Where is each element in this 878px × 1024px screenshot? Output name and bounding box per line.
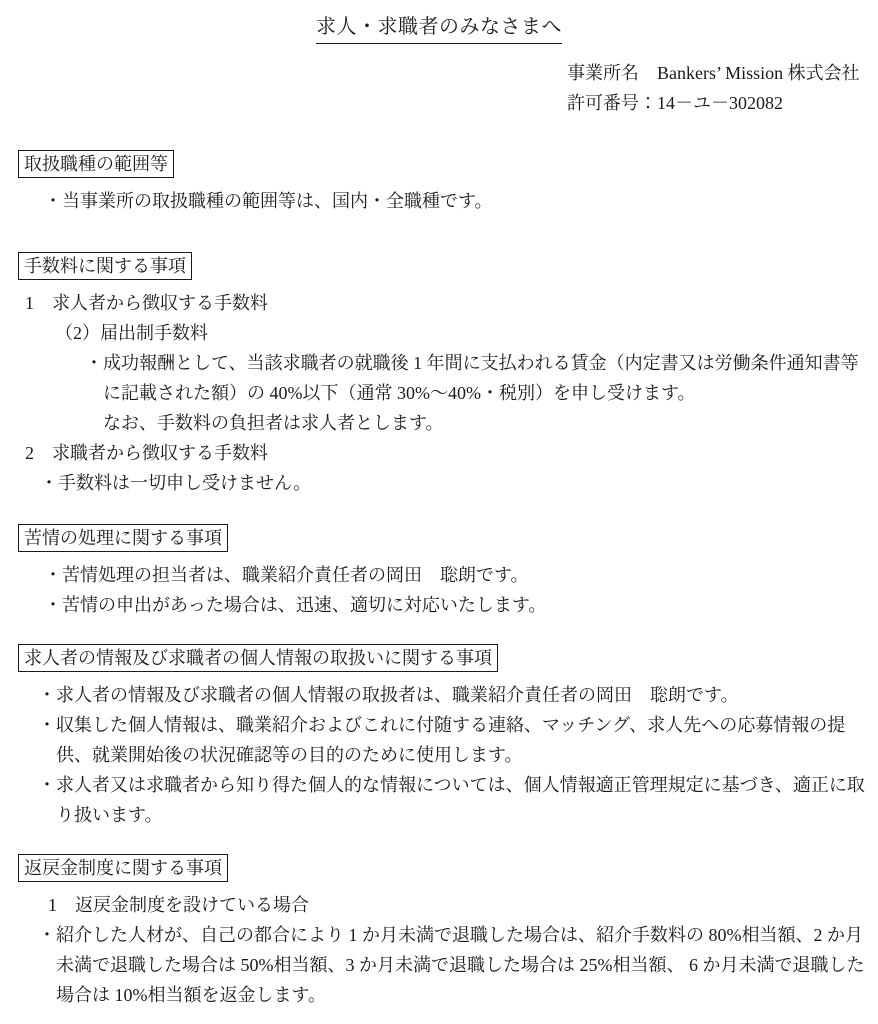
document-line: ・収集した個人情報は、職業紹介およびこれに付随する連絡、マッチング、求人先への応… [18, 710, 866, 770]
document-line: 1 求人者から徴収する手数料 [18, 288, 866, 318]
document-page: 求人・求職者のみなさまへ 事業所名 Bankers’ Mission 株式会社 … [0, 0, 878, 1024]
office-name: 事業所名 Bankers’ Mission 株式会社 [567, 58, 866, 88]
document-line: 1 返戻金制度を設けている場合 [18, 890, 866, 920]
document-line: ・求人者又は求職者から知り得た個人的な情報については、個人情報適正管理規定に基づ… [18, 770, 866, 830]
page-title: 求人・求職者のみなさまへ [316, 12, 562, 44]
section-heading-complaints: 苦情の処理に関する事項 [18, 524, 228, 552]
document-line: ・苦情処理の担当者は、職業紹介責任者の岡田 聡朗です。 [18, 560, 866, 590]
document-line: ・当事業所の取扱職種の範囲等は、国内・全職種です。 [18, 186, 866, 216]
section-heading-refund-policy: 返戻金制度に関する事項 [18, 854, 228, 882]
document-line: ・紹介した人材が、自己の都合により 1 か月未満で退職した場合は、紹介手数料の … [18, 920, 866, 1010]
license-number: 許可番号：14－ユ－302082 [567, 88, 866, 118]
office-info-block: 事業所名 Bankers’ Mission 株式会社 許可番号：14－ユ－302… [567, 58, 866, 118]
section-refund-policy: 返戻金制度に関する事項 1 返戻金制度を設けている場合 ・紹介した人材が、自己の… [18, 854, 866, 1010]
section-personal-info: 求人者の情報及び求職者の個人情報の取扱いに関する事項 ・求人者の情報及び求職者の… [18, 644, 866, 830]
title-row: 求人・求職者のみなさまへ [18, 12, 860, 44]
section-heading-personal-info: 求人者の情報及び求職者の個人情報の取扱いに関する事項 [18, 644, 498, 672]
section-heading-fees: 手数料に関する事項 [18, 252, 192, 280]
section-handling-scope: 取扱職種の範囲等 ・当事業所の取扱職種の範囲等は、国内・全職種です。 [18, 150, 866, 216]
section-complaints: 苦情の処理に関する事項 ・苦情処理の担当者は、職業紹介責任者の岡田 聡朗です。 … [18, 524, 866, 620]
document-line: ・手数料は一切申し受けません。 [18, 468, 866, 498]
document-line: ・成功報酬として、当該求職者の就職後 1 年間に支払われる賃金（内定書又は労働条… [18, 348, 866, 408]
section-heading-handling-scope: 取扱職種の範囲等 [18, 150, 174, 178]
document-line: （2）届出制手数料 [18, 318, 866, 348]
document-line: 2 求職者から徴収する手数料 [18, 438, 866, 468]
document-line: ・求人者の情報及び求職者の個人情報の取扱者は、職業紹介責任者の岡田 聡朗です。 [18, 680, 866, 710]
document-line: ・苦情の申出があった場合は、迅速、適切に対応いたします。 [18, 590, 866, 620]
document-line: なお、手数料の負担者は求人者とします。 [18, 408, 866, 438]
section-fees: 手数料に関する事項 1 求人者から徴収する手数料 （2）届出制手数料 ・成功報酬… [18, 252, 866, 498]
